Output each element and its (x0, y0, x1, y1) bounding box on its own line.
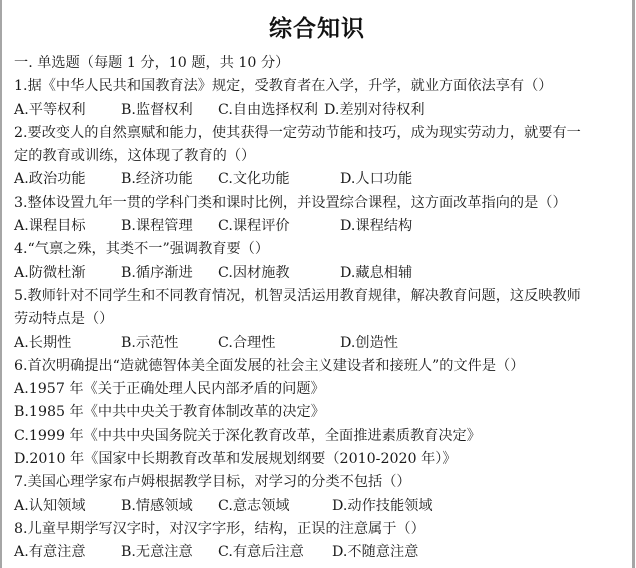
question-2-options: A.政治功能 B.经济功能 C.文化功能 D.人口功能 (14, 168, 626, 191)
question-5-stem-line-2: 劳动特点是（） (14, 308, 626, 331)
question-6-option-d: D.2010 年《国家中长期教育改革和发展规划纲要（2010-2020 年）》 (14, 448, 626, 471)
question-2-option-c: C.文化功能 (218, 168, 290, 191)
question-7-options: A.认知领域 B.情感领域 C.意志领域 D.动作技能领域 (14, 495, 626, 518)
question-6-option-c: C.1999 年《中共中央国务院关于深化教育改革，全面推进素质教育决定》 (14, 425, 626, 448)
question-3-stem: 3.整体设置九年一贯的学科门类和课时比例，并设置综合课程，这方面改革指向的是（） (14, 192, 626, 215)
question-5-option-d: D.创造性 (340, 332, 398, 355)
question-4-option-b: B.循序渐进 (121, 262, 193, 285)
question-2-option-d: D.人口功能 (340, 168, 412, 191)
question-6-option-a: A.1957 年《关于正确处理人民内部矛盾的问题》 (14, 378, 626, 401)
question-4-option-c: C.因材施教 (218, 262, 290, 285)
question-4-option-a: A.防微杜渐 (14, 262, 86, 285)
question-1-option-b: B.监督权利 (121, 99, 193, 122)
question-1-option-c: C.自由选择权利 (218, 99, 318, 122)
question-1-options: A.平等权利 B.监督权利 C.自由选择权利 D.差别对待权利 (14, 99, 626, 122)
question-2-stem-line-1: 2.要改变人的自然禀赋和能力，使其获得一定劳动节能和技巧，成为现实劳动力，就要有… (14, 122, 626, 145)
document-title: 综合知识 (2, 10, 632, 43)
question-2-option-b: B.经济功能 (121, 168, 193, 191)
question-4-stem: 4.“气禀之殊，其类不一”强调教育要（） (14, 238, 626, 261)
question-4-option-d: D.藏息相辅 (340, 262, 412, 285)
question-7-option-b: B.情感领域 (121, 495, 193, 518)
question-8-option-c: C.有意后注意 (218, 541, 304, 564)
section-header: 一. 单选题（每题 1 分，10 题，共 10 分） (14, 52, 626, 75)
question-3-option-d: D.课程结构 (340, 215, 412, 238)
question-5-option-c: C.合理性 (218, 332, 275, 355)
question-8-options: A.有意注意 B.无意注意 C.有意后注意 D.不随意注意 (14, 541, 626, 564)
question-8-option-a: A.有意注意 (14, 541, 86, 564)
document-body: 一. 单选题（每题 1 分，10 题，共 10 分） 1.据《中华人民共和国教育… (14, 52, 626, 565)
question-7-option-d: D.动作技能领域 (332, 495, 433, 518)
question-7-option-c: C.意志领域 (218, 495, 290, 518)
question-8-option-d: D.不随意注意 (332, 541, 418, 564)
question-5-option-a: A.长期性 (14, 332, 71, 355)
question-7-stem: 7.美国心理学家布卢姆根据教学目标，对学习的分类不包括（） (14, 471, 626, 494)
question-3-option-c: C.课程评价 (218, 215, 290, 238)
question-7-option-a: A.认知领域 (14, 495, 86, 518)
question-5-stem-line-1: 5.教师针对不同学生和不同教育情况，机智灵活运用教育规律，解决教育问题，这反映教… (14, 285, 626, 308)
question-3-option-a: A.课程目标 (14, 215, 86, 238)
question-2-stem-line-2: 定的教育或训练，这体现了教育的（） (14, 145, 626, 168)
question-1-stem: 1.据《中华人民共和国教育法》规定，受教育者在入学，升学，就业方面依法享有（） (14, 75, 626, 98)
question-6-stem: 6.首次明确提出“造就德智体美全面发展的社会主义建设者和接班人”的文件是（） (14, 355, 626, 378)
question-5-options: A.长期性 B.示范性 C.合理性 D.创造性 (14, 332, 626, 355)
question-8-stem: 8.儿童早期学写汉字时，对汉字字形，结构，正误的注意属于（） (14, 518, 626, 541)
question-4-options: A.防微杜渐 B.循序渐进 C.因材施教 D.藏息相辅 (14, 262, 626, 285)
document-page: 综合知识 一. 单选题（每题 1 分，10 题，共 10 分） 1.据《中华人民… (0, 0, 635, 568)
question-8-option-b: B.无意注意 (121, 541, 193, 564)
question-1-option-d: D.差别对待权利 (324, 99, 425, 122)
question-3-option-b: B.课程管理 (121, 215, 193, 238)
question-6-option-b: B.1985 年《中共中央关于教育体制改革的决定》 (14, 401, 626, 424)
question-3-options: A.课程目标 B.课程管理 C.课程评价 D.课程结构 (14, 215, 626, 238)
question-2-option-a: A.政治功能 (14, 168, 86, 191)
question-5-option-b: B.示范性 (121, 332, 179, 355)
question-1-option-a: A.平等权利 (14, 99, 86, 122)
